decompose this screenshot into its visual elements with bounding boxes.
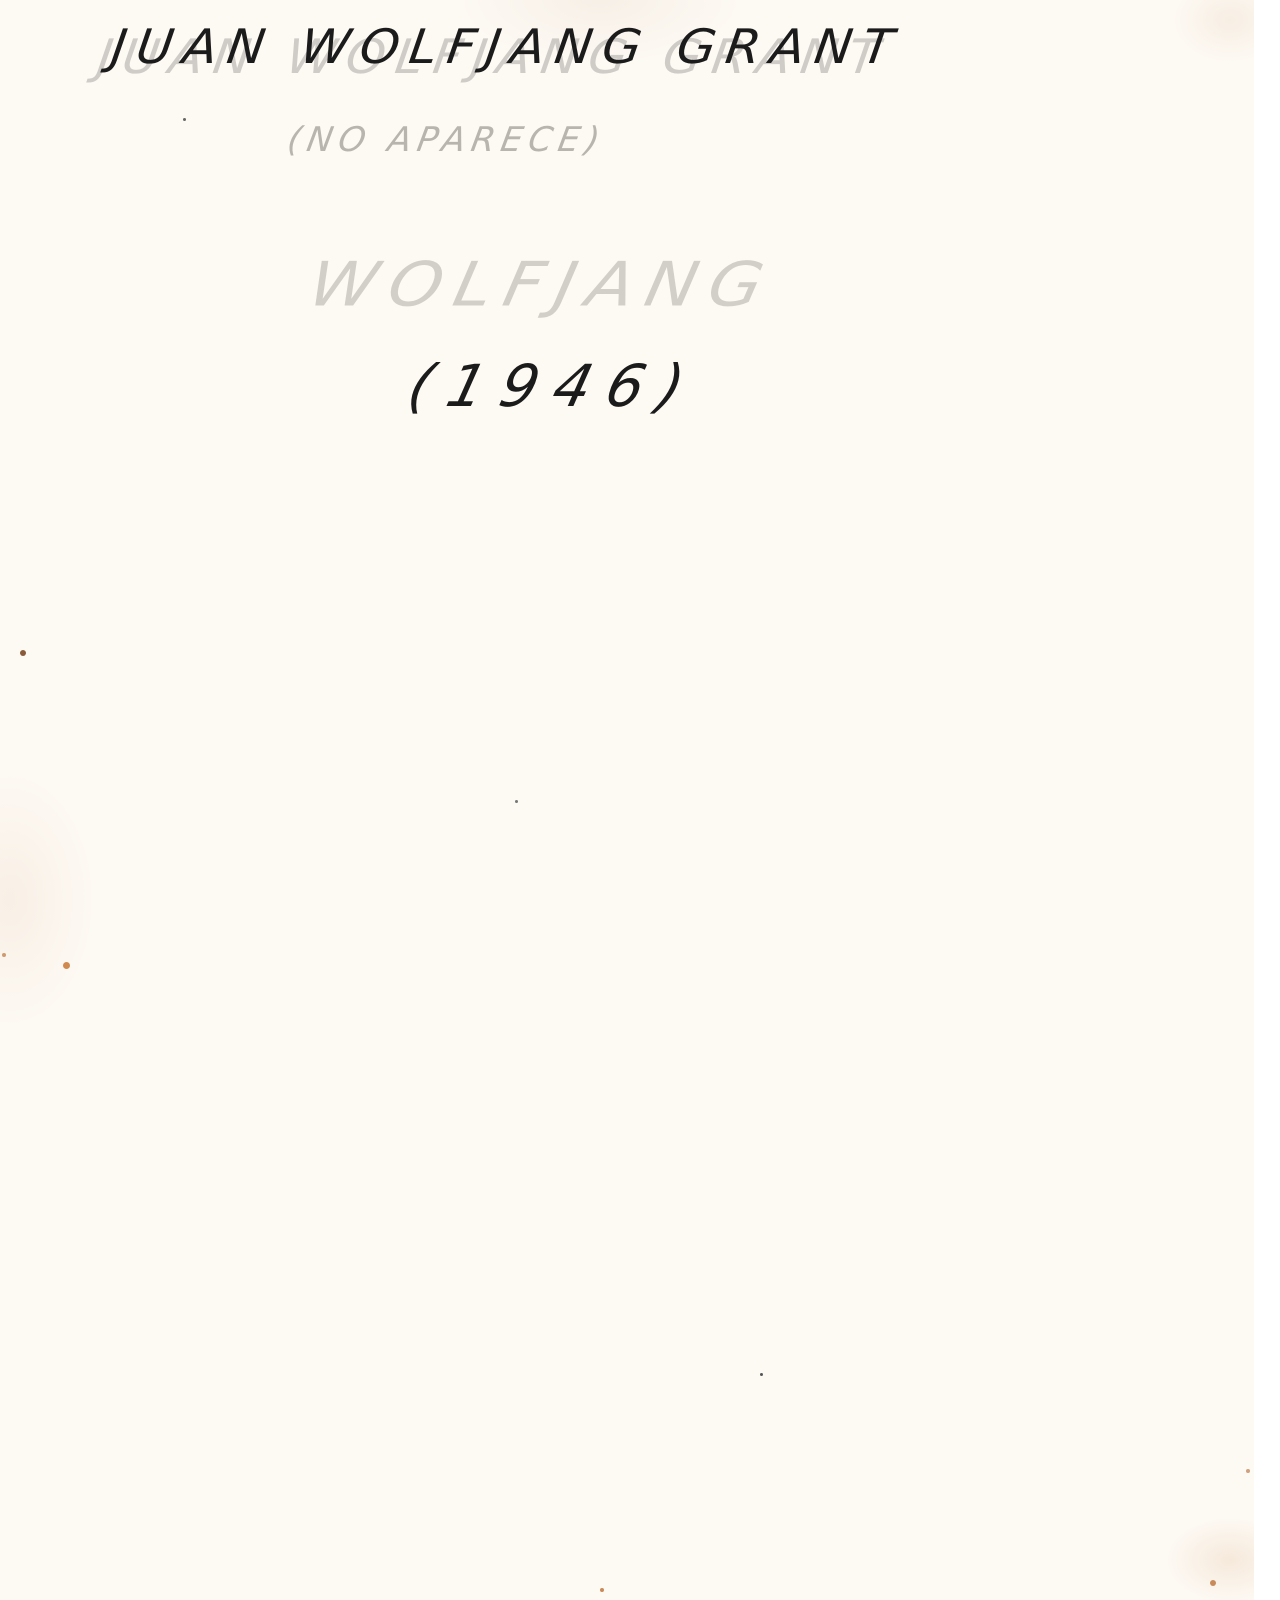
handwritten-name: JUAN WOLFJANG GRANT	[108, 19, 907, 74]
handwritten-note: (NO APARECE)	[284, 120, 608, 160]
foxing-spot	[20, 650, 26, 656]
foxing-spot	[183, 118, 186, 121]
foxing-spot	[63, 962, 70, 969]
photo-back-paper: JUAN WOLFJANG GRANT JUAN WOLFJANG GRANT …	[0, 0, 1254, 1600]
handwritten-title: WOLFJANG	[302, 250, 781, 321]
handwritten-year: (1946)	[402, 352, 708, 420]
foxing-spot	[1210, 1580, 1216, 1586]
foxing-spot	[760, 1373, 763, 1376]
foxing-spot	[1246, 1469, 1250, 1473]
foxing-spot	[515, 800, 518, 803]
foxing-spot	[600, 1588, 604, 1592]
foxing-spot	[2, 953, 6, 957]
